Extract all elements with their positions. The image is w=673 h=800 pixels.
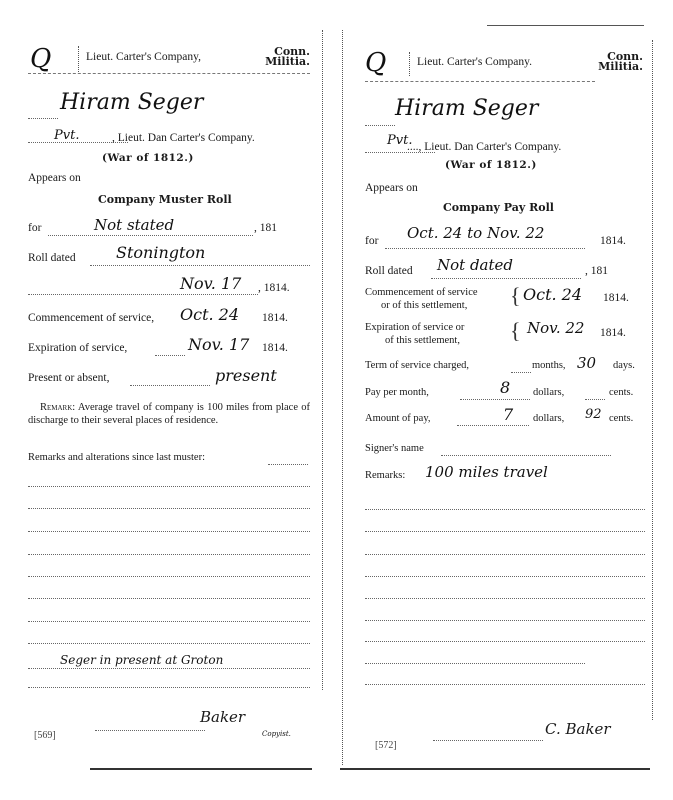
remarks-dotline-9 bbox=[365, 684, 645, 685]
rank: Pvt. bbox=[54, 128, 79, 143]
remarks-dotline-4 bbox=[28, 554, 310, 555]
header-company: Lieut. Carter's Company, bbox=[86, 51, 201, 63]
remarks-dotline-2 bbox=[28, 508, 310, 509]
remarks-dotline-6 bbox=[365, 620, 645, 621]
commencement-value: Oct. 24 bbox=[523, 285, 582, 304]
for-year: , 181 bbox=[254, 222, 277, 234]
handwritten-remark: Seger in present at Groton bbox=[60, 653, 223, 667]
corner-mark: Q bbox=[30, 44, 51, 74]
roll-dated-dotline bbox=[431, 278, 581, 279]
card-right-border bbox=[652, 40, 653, 720]
card-number: [572] bbox=[375, 740, 397, 751]
corner-mark: Q bbox=[365, 48, 386, 78]
remarks-dotline-3 bbox=[28, 531, 310, 532]
commencement-label: Commencement of service, bbox=[28, 312, 154, 324]
present-dotline bbox=[130, 385, 210, 386]
card-right-border bbox=[322, 30, 323, 690]
signer-label: Signer's name bbox=[365, 443, 424, 454]
remarks-dotline-8 bbox=[365, 663, 585, 664]
present-label: Present or absent, bbox=[28, 372, 109, 384]
header-underline bbox=[28, 73, 310, 74]
roll-dated-dotline bbox=[90, 265, 310, 266]
roll-dated-date: Nov. 17 bbox=[180, 274, 241, 293]
expiration-year: 1814. bbox=[600, 327, 626, 339]
card-number: [569] bbox=[34, 730, 56, 741]
signature-dotline bbox=[95, 730, 205, 731]
remarks-alterations-label: Remarks and alterations since last muste… bbox=[28, 452, 205, 463]
signature-caption: Copyist. bbox=[262, 730, 291, 738]
commencement-year: 1814. bbox=[603, 292, 629, 304]
remarks-dotline-0 bbox=[268, 464, 308, 465]
expiration-label-2: of this settlement, bbox=[385, 335, 460, 346]
pay-month-dollars-label: dollars, bbox=[533, 387, 564, 398]
pay-month-label: Pay per month, bbox=[365, 387, 429, 398]
commencement-value: Oct. 24 bbox=[180, 305, 239, 324]
header-underline bbox=[365, 81, 595, 82]
pay-cents-dotline bbox=[585, 399, 605, 400]
roll-type: Company Muster Roll bbox=[98, 193, 232, 206]
pay-month-dollars: 8 bbox=[500, 378, 510, 397]
war-label: (War of 1812.) bbox=[445, 159, 537, 171]
expiration-label: Expiration of service, bbox=[28, 342, 127, 354]
remarks-dotline-7 bbox=[365, 641, 645, 642]
header-state: Conn. Militia. bbox=[563, 52, 643, 72]
amount-cents: 92 bbox=[585, 407, 602, 422]
header-divider bbox=[409, 52, 410, 76]
remarks-dotline-1 bbox=[365, 509, 645, 510]
name-dotline bbox=[365, 125, 395, 126]
company-line: ...., Lieut. Dan Carter's Company. bbox=[407, 141, 561, 153]
name-dotline bbox=[28, 118, 58, 119]
roll-dated-label: Roll dated bbox=[28, 252, 76, 264]
header-company: Lieut. Carter's Company. bbox=[417, 56, 532, 68]
for-dotline bbox=[48, 235, 253, 236]
header-divider bbox=[78, 46, 79, 72]
roll-dated-value: Not dated bbox=[437, 256, 513, 274]
copyist-signature: C. Baker bbox=[545, 720, 611, 738]
remarks-dotline-2 bbox=[365, 531, 645, 532]
expiration-year: 1814. bbox=[262, 342, 288, 354]
remarks-dotline-4 bbox=[365, 576, 645, 577]
amount-cents-label: cents. bbox=[609, 413, 633, 424]
remarks-dotline-3 bbox=[365, 554, 645, 555]
for-year: 1814. bbox=[600, 235, 626, 247]
expiration-label-1: Expiration of service or bbox=[365, 322, 464, 333]
roll-dated-year: , 1814. bbox=[258, 282, 290, 294]
expiration-value: Nov. 17 bbox=[188, 335, 249, 354]
for-value: Oct. 24 to Nov. 22 bbox=[407, 224, 544, 242]
header-state: Conn. Militia. bbox=[238, 47, 310, 67]
for-label: for bbox=[28, 222, 41, 234]
printed-remark: Remark: Average travel of company is 100… bbox=[28, 401, 310, 427]
copyist-signature: Baker bbox=[200, 708, 245, 726]
for-label: for bbox=[365, 235, 378, 247]
remarks-dotline-9 bbox=[28, 668, 310, 669]
brace: { bbox=[510, 322, 521, 340]
amount-label: Amount of pay, bbox=[365, 413, 431, 424]
pay-month-cents-label: cents. bbox=[609, 387, 633, 398]
remarks-dotline-10 bbox=[28, 687, 310, 688]
card-bottom-line bbox=[90, 768, 312, 770]
card-left-border bbox=[342, 30, 343, 765]
remarks-dotline-1 bbox=[28, 486, 310, 487]
pay-month-dotline bbox=[460, 399, 530, 400]
roll-type: Company Pay Roll bbox=[443, 201, 554, 214]
amount-dotline bbox=[457, 425, 529, 426]
remarks-value: 100 miles travel bbox=[425, 463, 548, 481]
war-label: (War of 1812.) bbox=[102, 152, 194, 164]
term-days-label: days. bbox=[613, 360, 635, 371]
expiration-value: Nov. 22 bbox=[527, 319, 584, 337]
commencement-year: 1814. bbox=[262, 312, 288, 324]
card-bottom-line bbox=[340, 768, 650, 770]
appears-on: Appears on bbox=[365, 182, 418, 194]
commencement-label-2: or of this settlement, bbox=[381, 300, 467, 311]
signature-dotline bbox=[433, 740, 543, 741]
top-line bbox=[487, 25, 644, 26]
remarks-dotline-6 bbox=[28, 598, 310, 599]
signer-dotline bbox=[441, 455, 611, 456]
company-line: , Lieut. Dan Carter's Company. bbox=[112, 132, 255, 144]
remarks-dotline-8 bbox=[28, 643, 310, 644]
remarks-dotline-5 bbox=[28, 576, 310, 577]
roll-dated-year: , 181 bbox=[585, 265, 608, 277]
amount-dollars-label: dollars, bbox=[533, 413, 564, 424]
term-months-label: months, bbox=[532, 360, 566, 371]
muster-roll-card: Q Lieut. Carter's Company, Conn. Militia… bbox=[0, 0, 322, 800]
roll-dated-label: Roll dated bbox=[365, 265, 413, 277]
term-days-value: 30 bbox=[577, 354, 596, 372]
remarks-dotline-7 bbox=[28, 621, 310, 622]
soldier-name: Hiram Seger bbox=[60, 90, 203, 115]
roll-date-dotline bbox=[28, 294, 258, 295]
commencement-label-1: Commencement of service bbox=[365, 287, 478, 298]
for-dotline bbox=[385, 248, 585, 249]
soldier-name: Hiram Seger bbox=[395, 96, 538, 121]
term-label: Term of service charged, bbox=[365, 360, 469, 371]
pay-roll-card: Q Lieut. Carter's Company. Conn. Militia… bbox=[345, 0, 652, 800]
for-value: Not stated bbox=[94, 216, 174, 234]
amount-dollars: 7 bbox=[503, 405, 513, 424]
expiration-dotline bbox=[155, 355, 185, 356]
appears-on: Appears on bbox=[28, 172, 81, 184]
brace: { bbox=[510, 287, 521, 305]
remarks-dotline-5 bbox=[365, 598, 645, 599]
present-value: present bbox=[215, 366, 277, 385]
remarks-label: Remarks: bbox=[365, 470, 405, 481]
roll-dated-value: Stonington bbox=[116, 243, 205, 262]
term-months-dotline bbox=[511, 372, 531, 373]
